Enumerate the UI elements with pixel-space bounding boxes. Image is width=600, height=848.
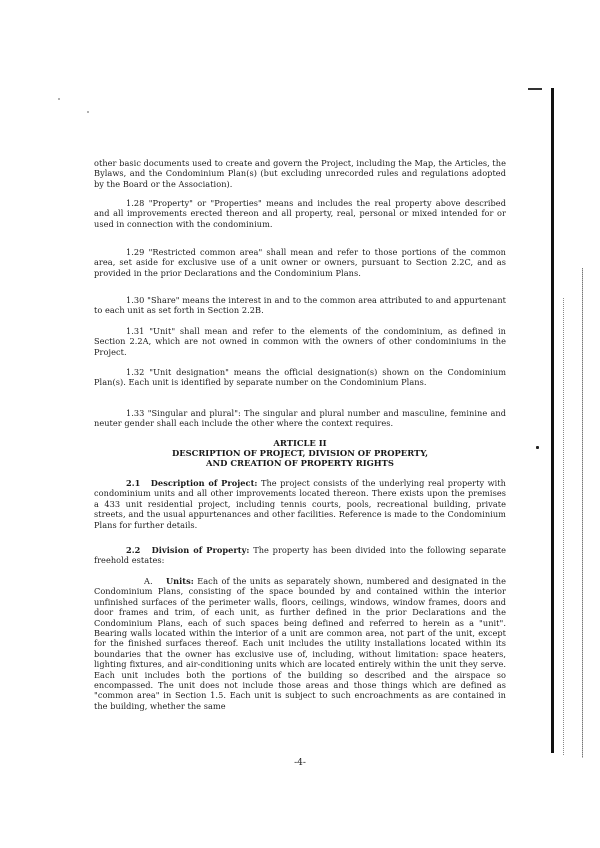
article-title-line-1: DESCRIPTION OF PROJECT, DIVISION OF PROP…: [94, 448, 506, 458]
section-2-2-a-units: A. Units: Each of the units as separatel…: [94, 576, 506, 711]
definition-1-33: 1.33 "Singular and plural": The singular…: [94, 408, 506, 429]
margin-dotted-line: [582, 268, 583, 758]
definition-1-28: 1.28 "Property" or "Properties" means an…: [94, 198, 506, 229]
margin-revision-bar: [551, 88, 554, 753]
definition-1-32: 1.32 "Unit designation" means the offici…: [94, 367, 506, 388]
definition-1-29: 1.29 "Restricted common area" shall mean…: [94, 247, 506, 278]
section-number: 1.28: [126, 198, 144, 208]
paragraph-text: "Restricted common area" shall mean and …: [94, 247, 506, 278]
section-number: 1.32: [126, 367, 144, 377]
margin-dotted-line: [563, 298, 564, 755]
paragraph-intro-continuation: other basic documents used to create and…: [94, 158, 506, 189]
scan-speck: [58, 98, 60, 100]
paragraph-text: "Unit designation" means the official de…: [94, 367, 506, 387]
page-number: -4-: [280, 758, 320, 768]
scan-speck: [536, 446, 539, 449]
article-title-line-2: AND CREATION OF PROPERTY RIGHTS: [94, 458, 506, 468]
section-2-2: 2.2 Division of Property: The property h…: [94, 545, 506, 566]
section-heading: Description of Project:: [151, 478, 258, 488]
scan-speck: [87, 111, 89, 113]
margin-tick-mark: [528, 88, 542, 90]
section-number: 1.29: [126, 247, 144, 257]
paragraph-text: "Property" or "Properties" means and inc…: [94, 198, 506, 229]
paragraph-text: "Singular and plural": The singular and …: [94, 408, 506, 428]
definition-1-31: 1.31 "Unit" shall mean and refer to the …: [94, 326, 506, 357]
paragraph-text: "Unit" shall mean and refer to the eleme…: [94, 326, 506, 357]
subsection-letter: A.: [144, 576, 153, 586]
paragraph-text: other basic documents used to create and…: [94, 158, 506, 189]
section-number: 1.33: [126, 408, 144, 418]
definition-1-30: 1.30 "Share" means the interest in and t…: [94, 295, 506, 316]
section-number: 1.30: [126, 295, 144, 305]
document-page: other basic documents used to create and…: [0, 0, 600, 848]
section-2-1: 2.1 Description of Project: The project …: [94, 478, 506, 530]
section-number: 2.1: [126, 478, 140, 488]
section-heading: Units:: [166, 576, 194, 586]
article-heading: ARTICLE II DESCRIPTION OF PROJECT, DIVIS…: [94, 438, 506, 469]
paragraph-text: Each of the units as separately shown, n…: [94, 576, 506, 711]
paragraph-text: "Share" means the interest in and to the…: [94, 295, 506, 315]
article-label: ARTICLE II: [94, 438, 506, 448]
section-number: 1.31: [126, 326, 144, 336]
section-heading: Division of Property:: [152, 545, 250, 555]
section-number: 2.2: [126, 545, 140, 555]
